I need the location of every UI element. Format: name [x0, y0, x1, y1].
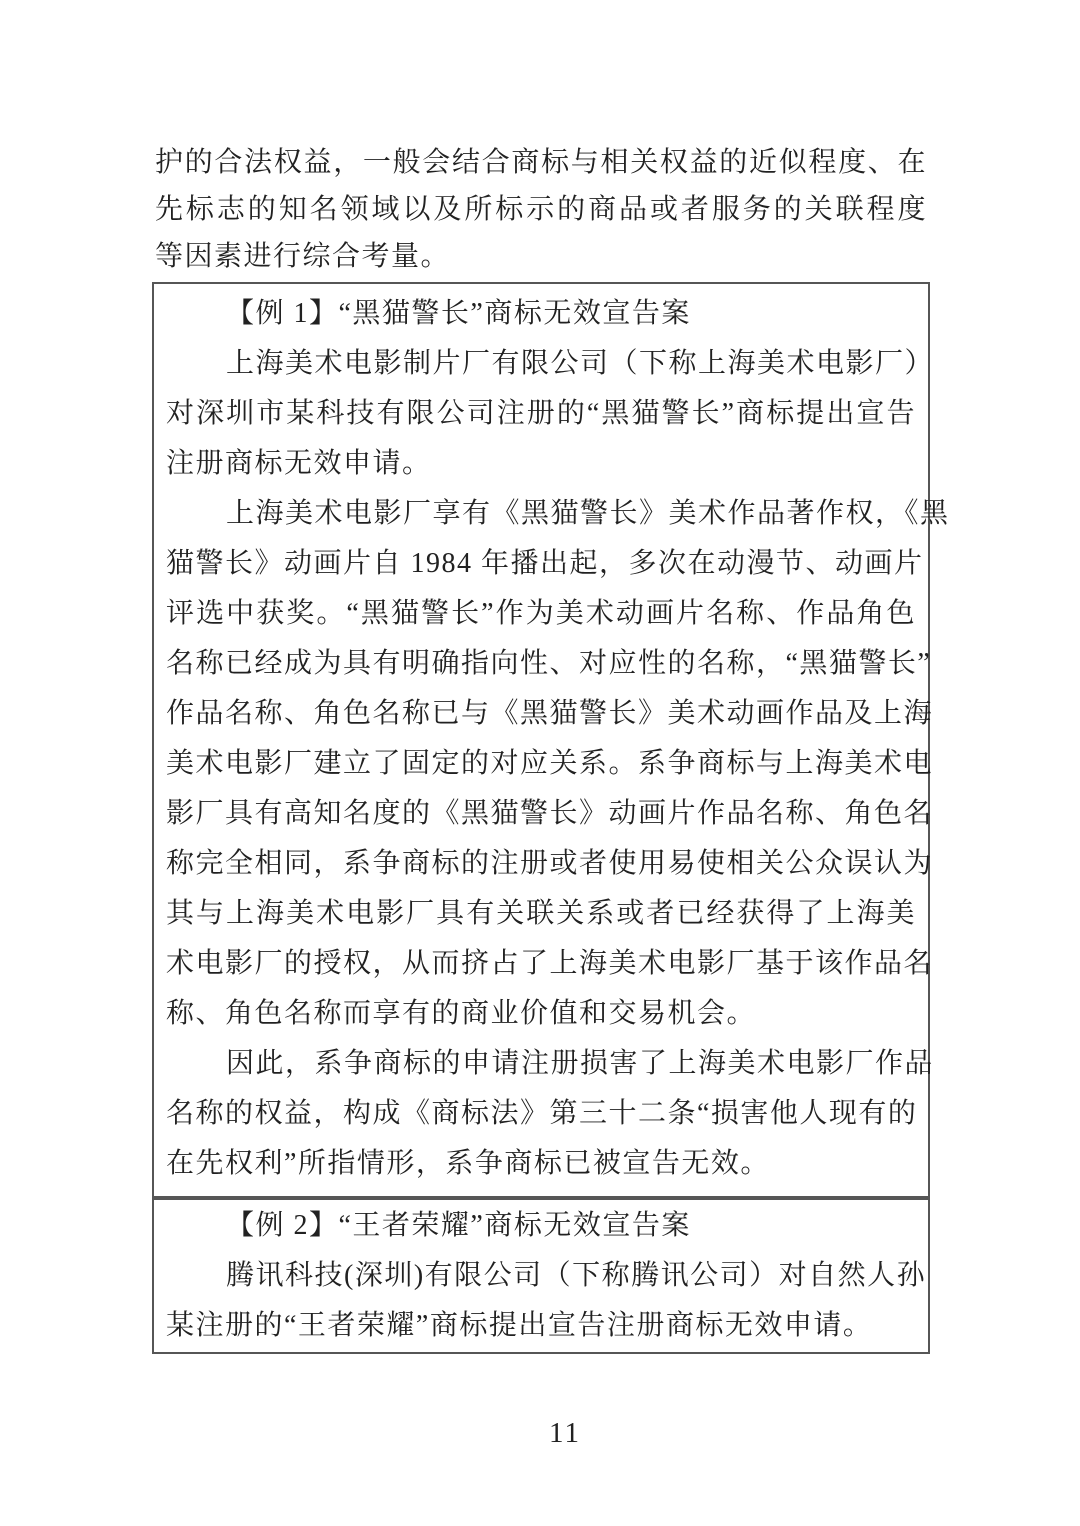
text-line: 称、角色名称而享有的商业价值和交易机会。	[166, 989, 916, 1039]
text-line: 术电影厂的授权，从而挤占了上海美术电影厂基于该作品名	[166, 939, 916, 989]
text-line: 护的合法权益，一般会结合商标与相关权益的近似程度、在	[155, 139, 927, 186]
text-line: 某注册的“王者荣耀”商标提出宣告注册商标无效申请。	[166, 1301, 916, 1351]
text-line: 等因素进行综合考量。	[155, 233, 927, 280]
example-1-title: 【例 1】“黑猫警长”商标无效宣告案	[166, 289, 916, 339]
text-line: 名称的权益，构成《商标法》第三十二条“损害他人现有的	[166, 1089, 916, 1139]
intro-paragraph: 护的合法权益，一般会结合商标与相关权益的近似程度、在 先标志的知名领域以及所标示…	[155, 139, 927, 280]
document-page: 护的合法权益，一般会结合商标与相关权益的近似程度、在 先标志的知名领域以及所标示…	[0, 0, 1080, 1526]
text-line: 上海美术电影制片厂有限公司（下称上海美术电影厂）	[166, 339, 916, 389]
text-line: 对深圳市某科技有限公司注册的“黑猫警长”商标提出宣告	[166, 389, 916, 439]
page-number: 11	[50, 1413, 1080, 1453]
text-line: 在先权利”所指情形，系争商标已被宣告无效。	[166, 1139, 916, 1189]
text-line: 因此，系争商标的申请注册损害了上海美术电影厂作品	[166, 1039, 916, 1089]
text-line: 名称已经成为具有明确指向性、对应性的名称，“黑猫警长”	[166, 639, 916, 689]
text-line: 称完全相同，系争商标的注册或者使用易使相关公众误认为	[166, 839, 916, 889]
text-line: 腾讯科技(深圳)有限公司（下称腾讯公司）对自然人孙	[166, 1251, 916, 1301]
text-line: 作品名称、角色名称已与《黑猫警长》美术动画作品及上海	[166, 689, 916, 739]
text-line: 先标志的知名领域以及所标示的商品或者服务的关联程度	[155, 186, 927, 233]
text-line: 猫警长》动画片自 1984 年播出起，多次在动漫节、动画片	[166, 539, 916, 589]
text-line: 评选中获奖。“黑猫警长”作为美术动画片名称、作品角色	[166, 589, 916, 639]
text-line: 美术电影厂建立了固定的对应关系。系争商标与上海美术电	[166, 739, 916, 789]
example-2-box: 【例 2】“王者荣耀”商标无效宣告案 腾讯科技(深圳)有限公司（下称腾讯公司）对…	[152, 1198, 930, 1354]
text-line: 上海美术电影厂享有《黑猫警长》美术作品著作权，《黑	[166, 489, 916, 539]
text-line: 其与上海美术电影厂具有关联关系或者已经获得了上海美	[166, 889, 916, 939]
example-2-title: 【例 2】“王者荣耀”商标无效宣告案	[166, 1201, 916, 1251]
text-line: 影厂具有高知名度的《黑猫警长》动画片作品名称、角色名	[166, 789, 916, 839]
text-line: 注册商标无效申请。	[166, 439, 916, 489]
example-1-box: 【例 1】“黑猫警长”商标无效宣告案 上海美术电影制片厂有限公司（下称上海美术电…	[152, 282, 930, 1198]
